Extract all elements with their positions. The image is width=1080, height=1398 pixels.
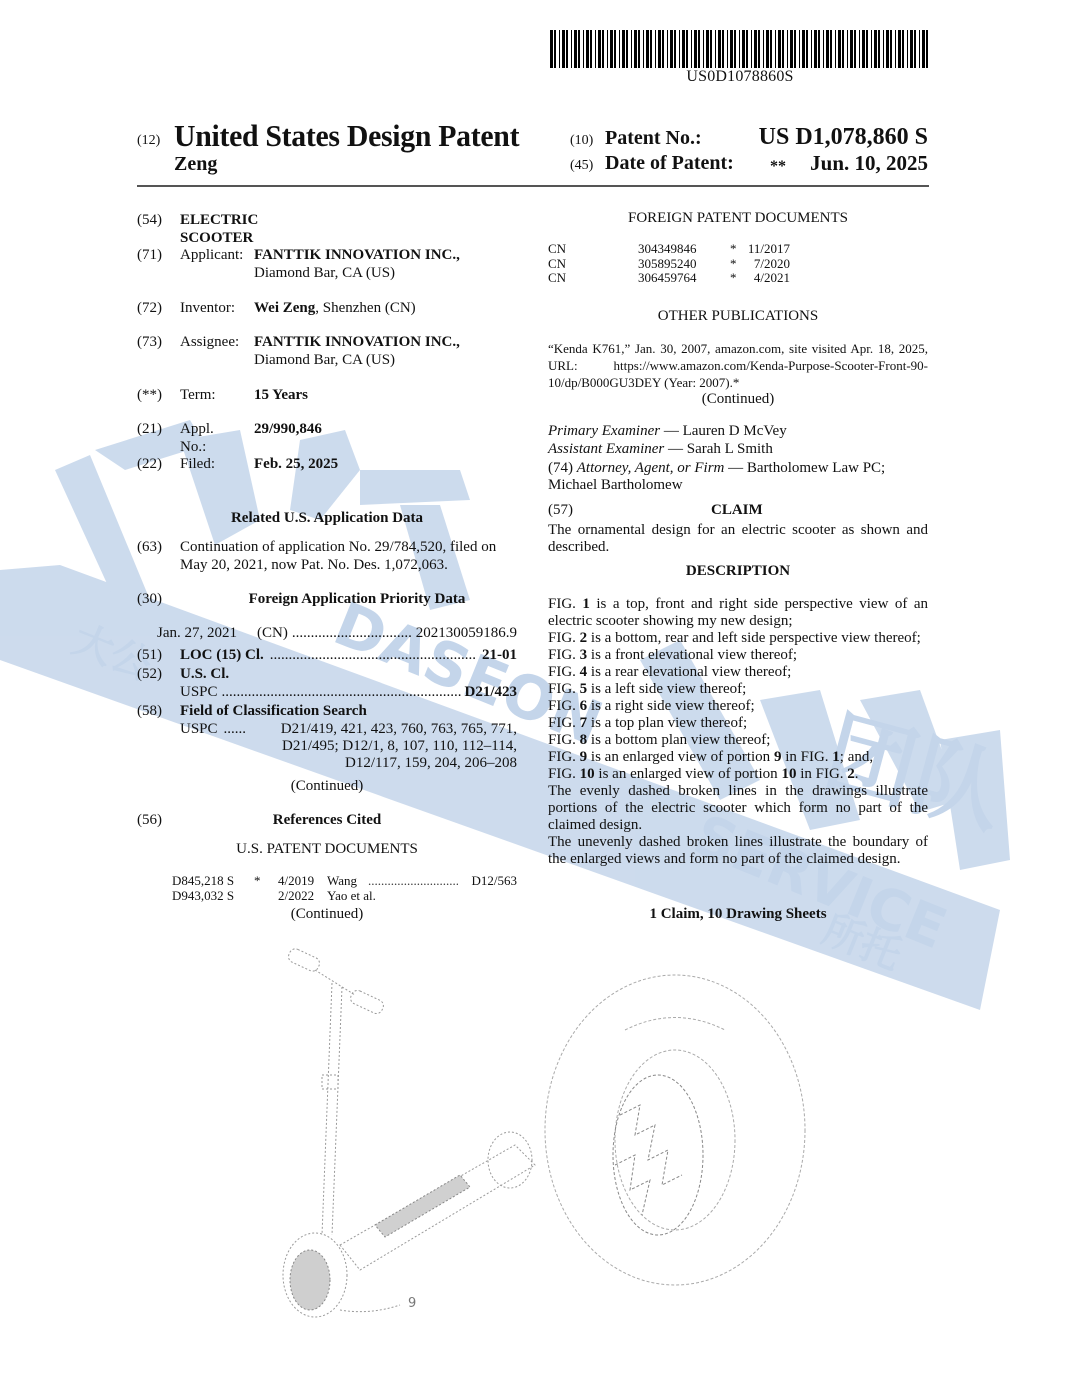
ref-date: 2/2022	[278, 888, 314, 903]
foreign-doc-row: CN304349846*11/2017	[548, 242, 928, 257]
invention-title: ELECTRIC SCOOTER	[180, 211, 258, 247]
references-heading: References Cited	[197, 811, 457, 829]
doc-star: *	[730, 257, 737, 272]
patent-no-value: US D1,078,860 S	[759, 124, 928, 151]
reference-row: D845,218 S*4/2019Wang...................…	[172, 873, 517, 888]
foreign-docs-heading: FOREIGN PATENT DOCUMENTS	[548, 210, 928, 227]
doc-number: 305895240	[638, 257, 697, 272]
applicant-location: Diamond Bar, CA (US)	[254, 264, 395, 282]
inventor-location: , Shenzhen (CN)	[315, 300, 415, 316]
assignee-location: Diamond Bar, CA (US)	[254, 351, 395, 369]
description-body: FIG. 1 is a top, front and right side pe…	[548, 596, 928, 868]
assistant-examiner: Assistant Examiner — Sarah L Smith	[548, 441, 928, 458]
us-class-row: (52)U.S. Cl.	[137, 666, 229, 683]
doc-date: 4/2021	[744, 271, 790, 286]
right-grip	[349, 988, 386, 1015]
primary-examiner-name: — Lauren D McVey	[660, 423, 787, 439]
foreign-doc-row: CN305895240*7/2020	[548, 257, 928, 272]
field-code: (52)	[137, 666, 180, 683]
applicant-name: FANTTIK INNOVATION INC.,	[254, 246, 460, 264]
evenly-dashed-note: The evenly dashed broken lines in the dr…	[548, 783, 928, 834]
doc-type-code: (12)	[137, 133, 160, 149]
fig-10-description: FIG. 10 is an enlarged view of portion 1…	[548, 766, 928, 783]
reference-row: D943,032 S2/2022Yao et al.	[172, 888, 517, 903]
doc-star: *	[730, 242, 737, 257]
foreign-docs-table: CN304349846*11/2017CN305895240*7/2020CN3…	[548, 242, 928, 286]
doc-number: 306459764	[638, 271, 697, 286]
us-class-label: U.S. Cl.	[180, 666, 229, 682]
search-classes: D12/117, 159, 204, 206–208	[180, 755, 517, 772]
field-search-values: USPC......D21/419, 421, 423, 760, 763, 7…	[180, 721, 517, 772]
claims-sheets-summary: 1 Claim, 10 Drawing Sheets	[548, 906, 928, 923]
appl-no-label: Appl. No.:	[180, 420, 214, 456]
search-classes: D21/419, 421, 423, 760, 763, 765, 771,	[252, 721, 517, 738]
related-data-heading: Related U.S. Application Data	[137, 510, 517, 527]
patent-no-code: (10)	[570, 133, 593, 149]
fig-description: FIG. 1 is a top, front and right side pe…	[548, 596, 928, 630]
filed-label: Filed:	[180, 455, 215, 473]
uspc-row: USPC ...................................…	[180, 684, 517, 701]
assistant-examiner-name: — Sarah L Smith	[664, 441, 773, 457]
field-code: (30)	[137, 590, 177, 608]
appl-no-value: 29/990,846	[254, 420, 322, 438]
loc-value: 21-01	[482, 647, 517, 664]
scooter-drawing: 9	[270, 935, 970, 1335]
primary-examiner: Primary Examiner — Lauren D McVey	[548, 423, 928, 440]
barcode-text: US0D1078860S	[550, 68, 930, 86]
foreign-priority-heading: Foreign Application Priority Data	[197, 590, 517, 608]
fig-description: FIG. 2 is a bottom, rear and left side p…	[548, 630, 928, 647]
ref-name: Yao et al.	[327, 888, 376, 903]
references-table: D845,218 S*4/2019Wang...................…	[172, 873, 517, 903]
continuation-line: May 20, 2021, now Pat. No. Des. 1,072,06…	[180, 556, 448, 574]
priority-country: (CN)	[257, 625, 288, 642]
uspc-label: USPC	[180, 684, 218, 701]
patent-no-label: Patent No.:	[605, 127, 702, 150]
barcode	[550, 30, 930, 68]
document-title: United States Design Patent	[174, 118, 519, 154]
field-code: (51)	[137, 647, 180, 664]
filed-value: Feb. 25, 2025	[254, 455, 338, 473]
uspc-label: USPC	[180, 721, 218, 738]
field-code: (73)	[137, 333, 177, 351]
foreign-doc-row: CN306459764*4/2021	[548, 271, 928, 286]
doc-star: *	[730, 271, 737, 286]
uspc-value: D21/423	[465, 684, 518, 701]
applicant-label: Applicant:	[180, 246, 243, 264]
term-value: 15 Years	[254, 386, 308, 404]
attorney-label: Attorney, Agent, or Firm	[577, 460, 725, 476]
date-code: (45)	[570, 158, 593, 174]
attorney: (74) Attorney, Agent, or Firm — Bartholo…	[548, 460, 928, 494]
country: CN	[548, 271, 566, 286]
fig-description: FIG. 7 is a top plan view thereof;	[548, 715, 928, 732]
field-code: (54)	[137, 211, 177, 229]
field-code: (22)	[137, 455, 177, 473]
enlarged-view-9	[545, 975, 805, 1285]
loc-class-row: (51) LOC (15) Cl. ......................…	[137, 647, 517, 664]
doc-date: 7/2020	[744, 257, 790, 272]
assistant-examiner-label: Assistant Examiner	[548, 441, 664, 457]
field-code: (71)	[137, 246, 177, 264]
loc-label: LOC (15) Cl.	[180, 647, 264, 664]
field-code: (58)	[137, 703, 180, 720]
inventor-name: Wei Zeng	[254, 300, 315, 316]
date-of-patent: Jun. 10, 2025	[810, 151, 928, 176]
field-code: (**)	[137, 386, 177, 404]
ref-number: D943,032 S	[172, 888, 234, 903]
field-search-label: Field of Classification Search	[180, 703, 367, 719]
priority-date: Jan. 27, 2021	[157, 625, 237, 642]
ref-class: D12/563	[472, 873, 518, 888]
doc-date: 11/2017	[744, 242, 790, 257]
country: CN	[548, 257, 566, 272]
header-divider	[137, 185, 929, 187]
field-code: (74)	[548, 460, 577, 476]
primary-examiner-label: Primary Examiner	[548, 423, 660, 439]
ref-number: D845,218 S	[172, 873, 234, 888]
field-search-row: (58)Field of Classification Search	[137, 703, 367, 720]
fig-9-description: FIG. 9 is an enlarged view of portion 9 …	[548, 749, 928, 766]
term-label: Term:	[180, 386, 216, 404]
other-publications-heading: OTHER PUBLICATIONS	[548, 308, 928, 325]
search-classes: D21/495; D12/1, 8, 107, 110, 112–114,	[180, 738, 517, 755]
assignee-label: Assignee:	[180, 333, 239, 351]
left-grip	[287, 947, 322, 973]
field-code: (63)	[137, 538, 177, 556]
reference-numeral-9: 9	[408, 1296, 416, 1311]
fig-description: FIG. 3 is a front elevational view there…	[548, 647, 928, 664]
continued-note: (Continued)	[137, 778, 517, 795]
field-code: (56)	[137, 811, 177, 829]
fig-description: FIG. 6 is a right side view thereof;	[548, 698, 928, 715]
ref-date: 4/2019	[278, 873, 314, 888]
field-code: (72)	[137, 299, 177, 317]
fig-description: FIG. 4 is a rear elevational view thereo…	[548, 664, 928, 681]
priority-number: 202130059186.9	[416, 625, 517, 642]
inventor-surname: Zeng	[174, 153, 217, 176]
date-term-marker: **	[770, 158, 786, 176]
assignee-name: FANTTIK INNOVATION INC.,	[254, 333, 460, 351]
ref-name: Wang	[327, 873, 357, 888]
foreign-priority-row: Jan. 27, 2021 (CN) .....................…	[157, 625, 517, 642]
ref-star: *	[254, 873, 261, 888]
inventor-label: Inventor:	[180, 299, 235, 317]
continued-note: (Continued)	[137, 906, 517, 923]
claim-text: The ornamental design for an electric sc…	[548, 522, 928, 556]
country: CN	[548, 242, 566, 257]
field-code: (21)	[137, 420, 177, 438]
field-code: (57)	[548, 502, 573, 518]
us-patent-docs-heading: U.S. PATENT DOCUMENTS	[137, 841, 517, 858]
continued-note: (Continued)	[548, 391, 928, 408]
continuation-line: Continuation of application No. 29/784,5…	[180, 538, 496, 556]
claim-heading: CLAIM	[711, 502, 763, 519]
date-label: Date of Patent:	[605, 152, 734, 175]
claim-heading-row: (57) CLAIM	[548, 502, 928, 519]
unevenly-dashed-note: The unevenly dashed broken lines illustr…	[548, 834, 928, 868]
other-publication: “Kenda K761,” Jan. 30, 2007, amazon.com,…	[548, 340, 928, 391]
description-heading: DESCRIPTION	[548, 563, 928, 580]
doc-number: 304349846	[638, 242, 697, 257]
fig-description: FIG. 5 is a left side view thereof;	[548, 681, 928, 698]
fig-description: FIG. 8 is a bottom plan view thereof;	[548, 732, 928, 749]
